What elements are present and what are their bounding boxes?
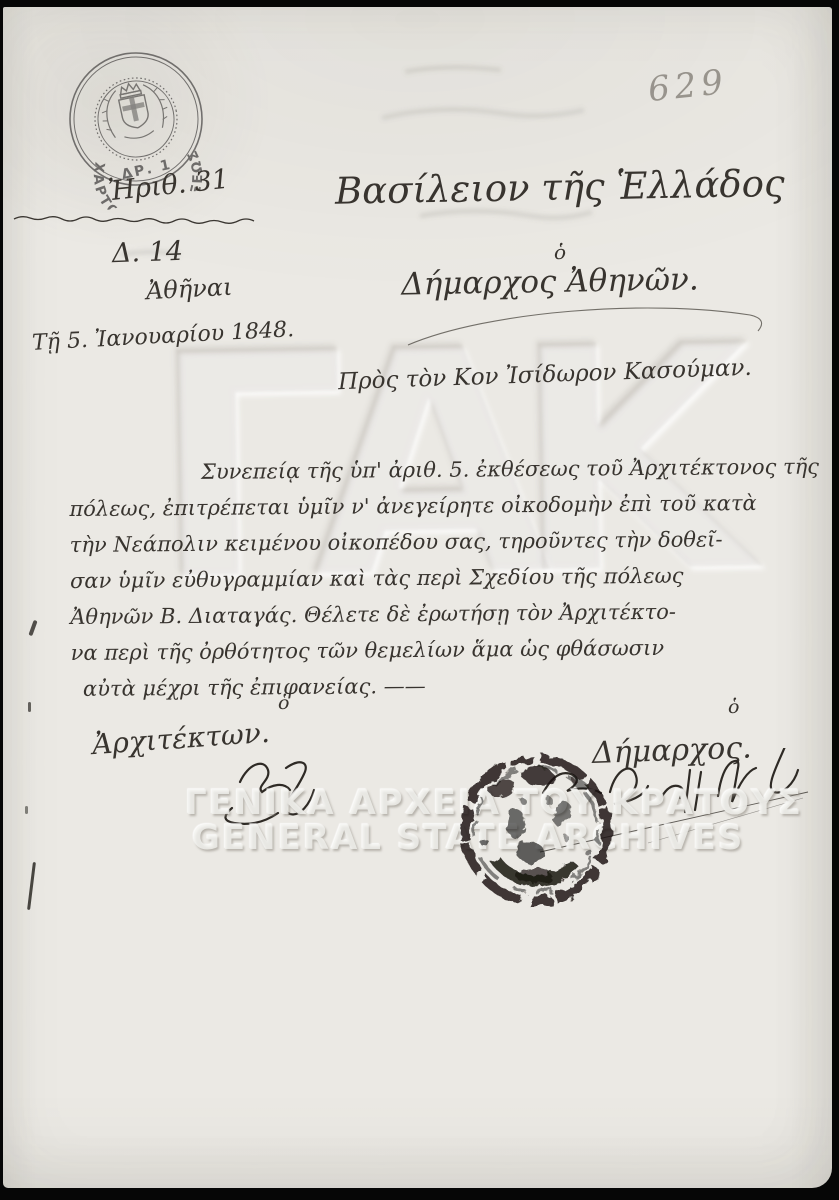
ink-speck: [28, 702, 31, 712]
protocol-underline: [10, 210, 260, 228]
ink-speck: [25, 806, 28, 814]
letter-body: Συνεπείᾳ τῆς ὑπ' ἀριθ. 5. ἐκθέσεως τοῦ Ἀ…: [69, 449, 767, 707]
body-line: τὴν Νεάπολιν κειμένου οἰκοπέδου σας, τηρ…: [70, 521, 766, 563]
body-line: πόλεως, ἐπιτρέπεται ὑμῖν ν' ἀνεγείρητε ο…: [69, 485, 765, 527]
body-line: να περὶ τῆς ὀρθότητος τῶν θεμελίων ἅμα ὡ…: [70, 629, 766, 671]
letterhead-article: ὁ: [540, 240, 580, 264]
municipal-ink-seal: [450, 744, 622, 916]
place-line: Ἀθῆναι: [145, 273, 233, 305]
coat-of-arms-icon: [96, 77, 172, 145]
body-line: Συνεπείᾳ τῆς ὑπ' ἀριθ. 5. ἐκθέσεως τοῦ Ἀ…: [69, 449, 765, 491]
dispatch-number: Δ. 14: [111, 236, 183, 269]
folio-number: 629: [646, 62, 730, 110]
letterhead-kingdom: Βασίλειον τῆς Ἑλλάδος: [335, 162, 766, 212]
body-line: σαν ὑμῖν εὐθυγραμμίαν καὶ τὰς περὶ Σχεδί…: [70, 557, 766, 599]
document-scan: ΓΑΚ ΧΑΡΤΟΣΗΜΟΝ ΤΑΞΕΩΣ ΔΡ. 1: [0, 0, 839, 1200]
mayor-article: ὁ: [728, 696, 739, 718]
body-line: αὐτὰ μέχρι τῆς ἐπιφανείας. ——: [71, 665, 767, 707]
architect-article: ὁ: [278, 692, 289, 714]
body-line: Ἀθηνῶν Β. Διαταγάς. Θέλετε δὲ ἐρωτήσῃ τὸ…: [70, 593, 766, 635]
